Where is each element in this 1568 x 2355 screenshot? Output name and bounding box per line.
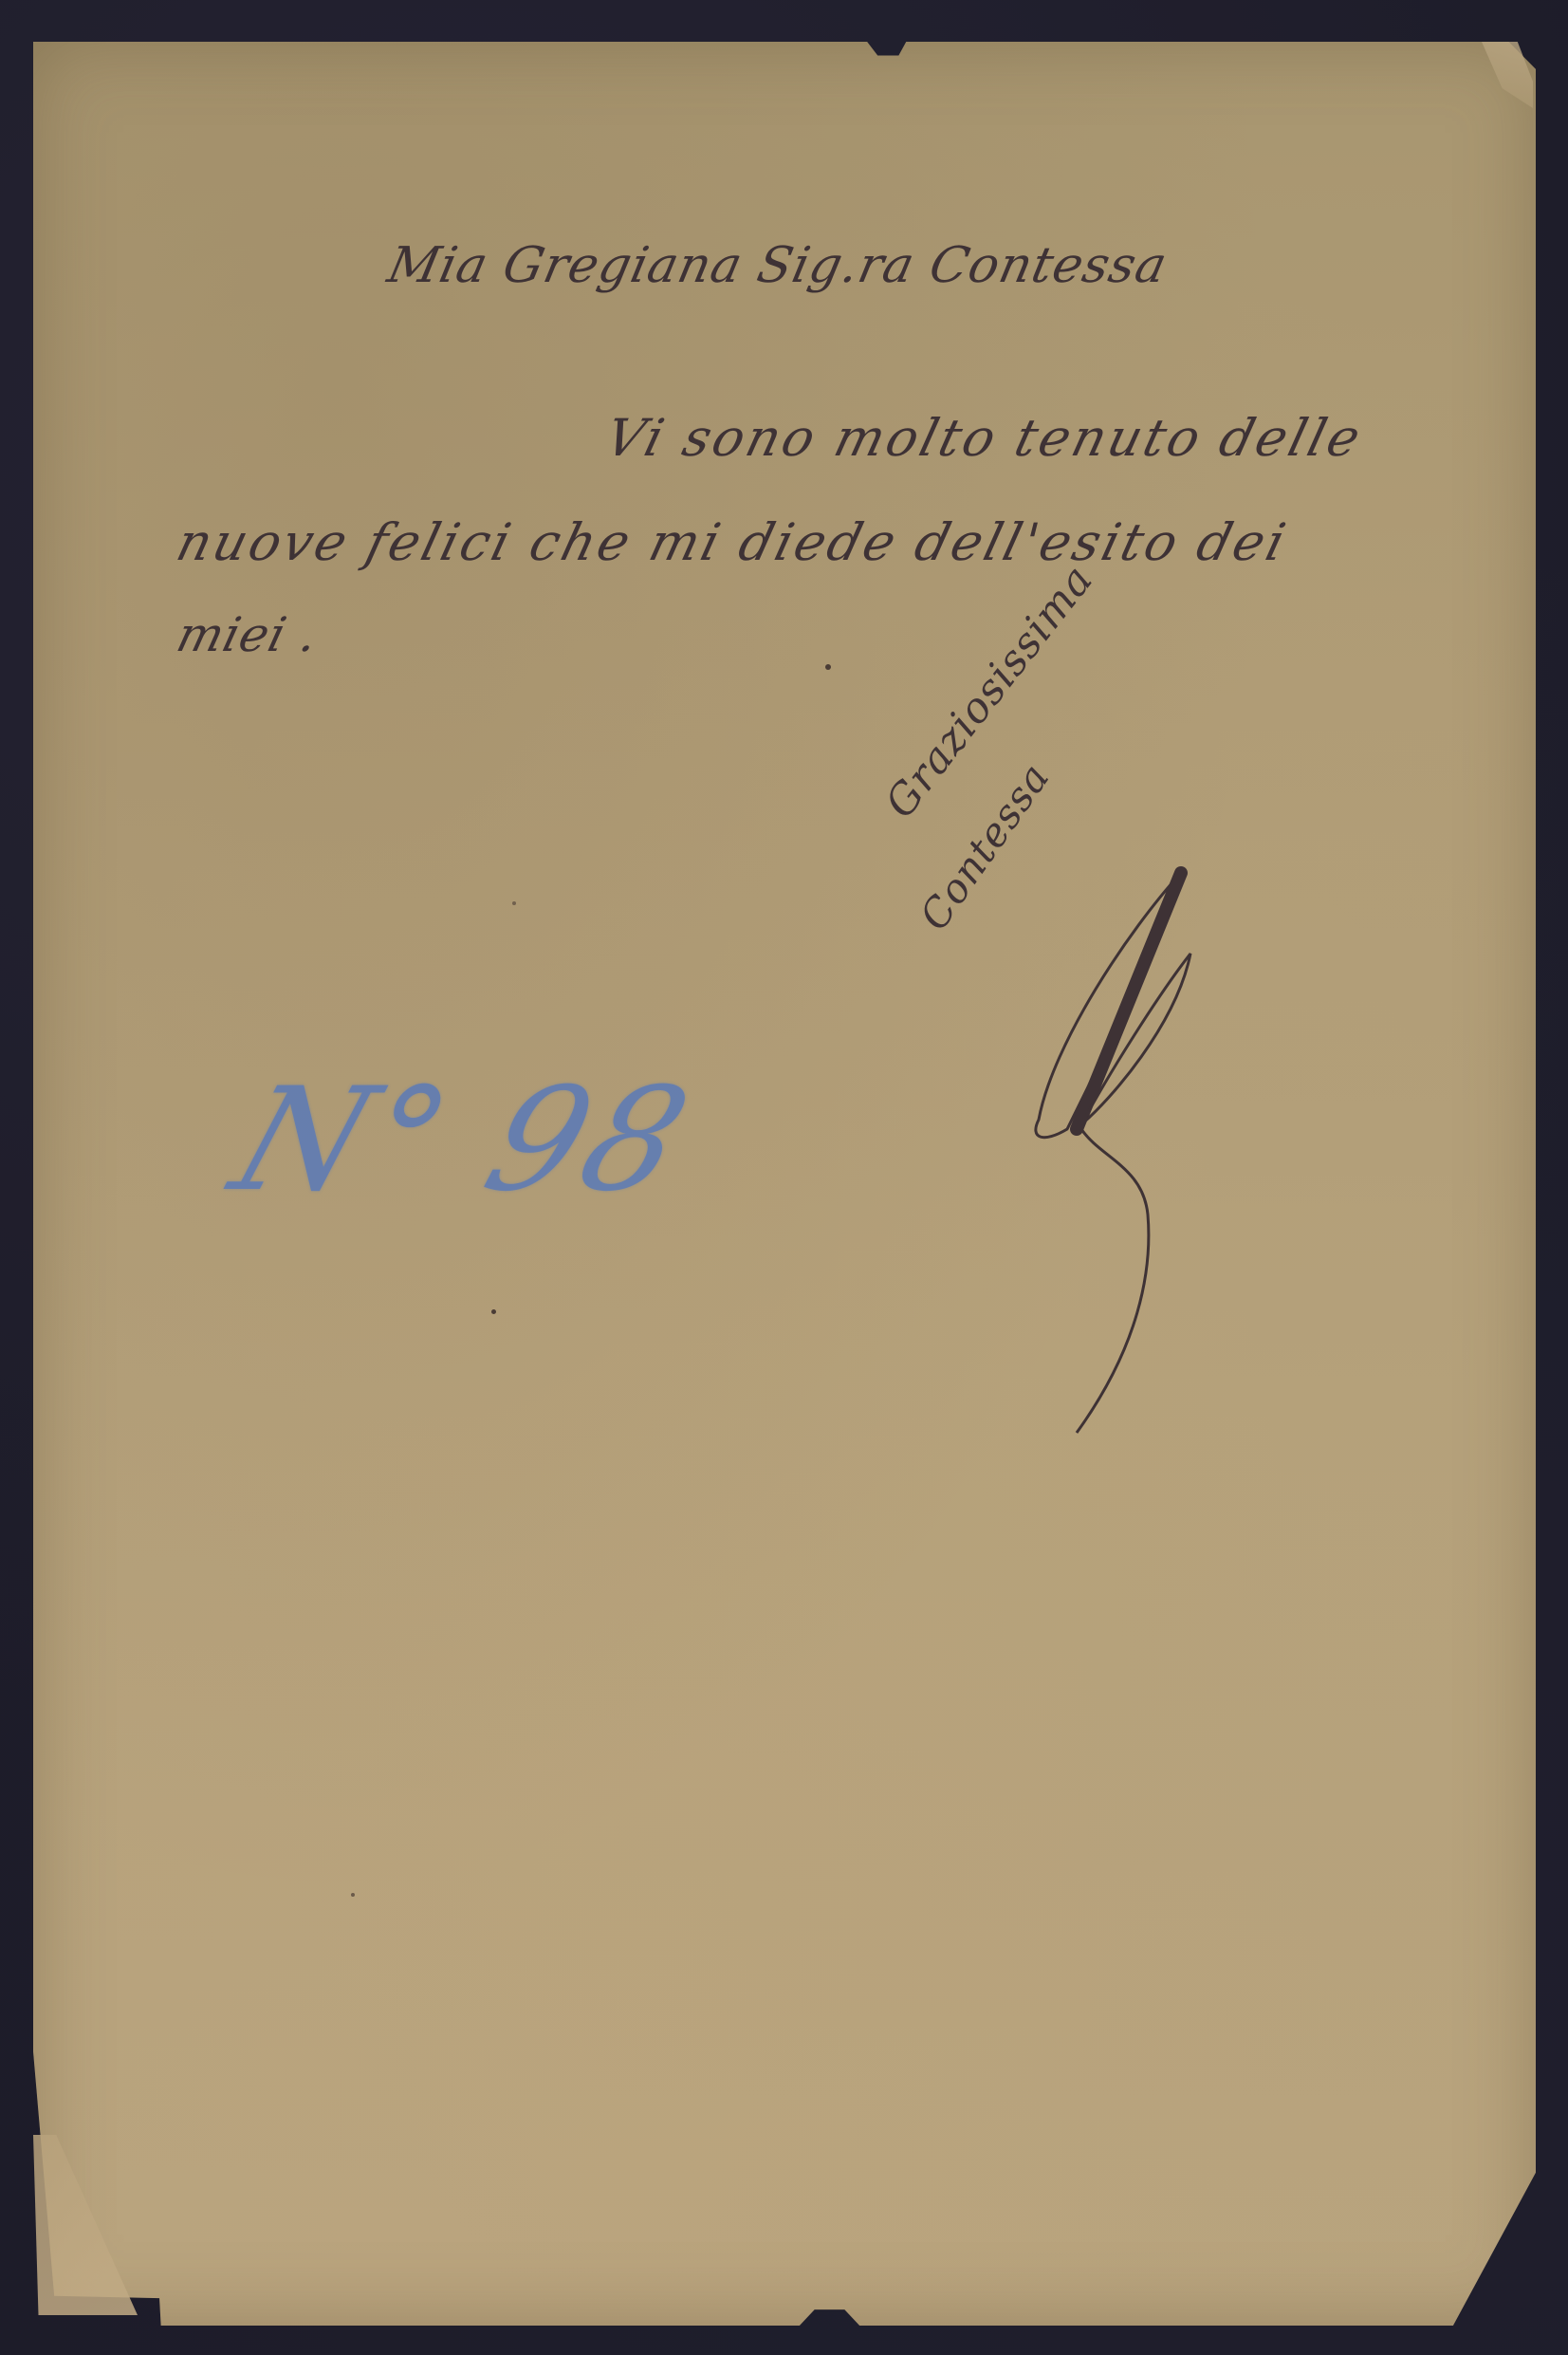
body-line-1: Vi sono molto tenuto delle bbox=[600, 408, 1369, 468]
ink-speck bbox=[491, 1309, 496, 1314]
archive-number-pencil: N° 98 bbox=[215, 1058, 710, 1223]
body-line-3: miei . bbox=[172, 607, 324, 662]
salutation: Mia Gregiana Sig.ra Contessa bbox=[383, 237, 1172, 294]
ink-speck bbox=[825, 664, 831, 670]
signature-flourish bbox=[987, 854, 1233, 1442]
ink-speck bbox=[512, 901, 516, 905]
body-line-2: nuove felici che mi diede dell'esito dei bbox=[171, 512, 1294, 572]
ink-speck bbox=[351, 1893, 355, 1897]
